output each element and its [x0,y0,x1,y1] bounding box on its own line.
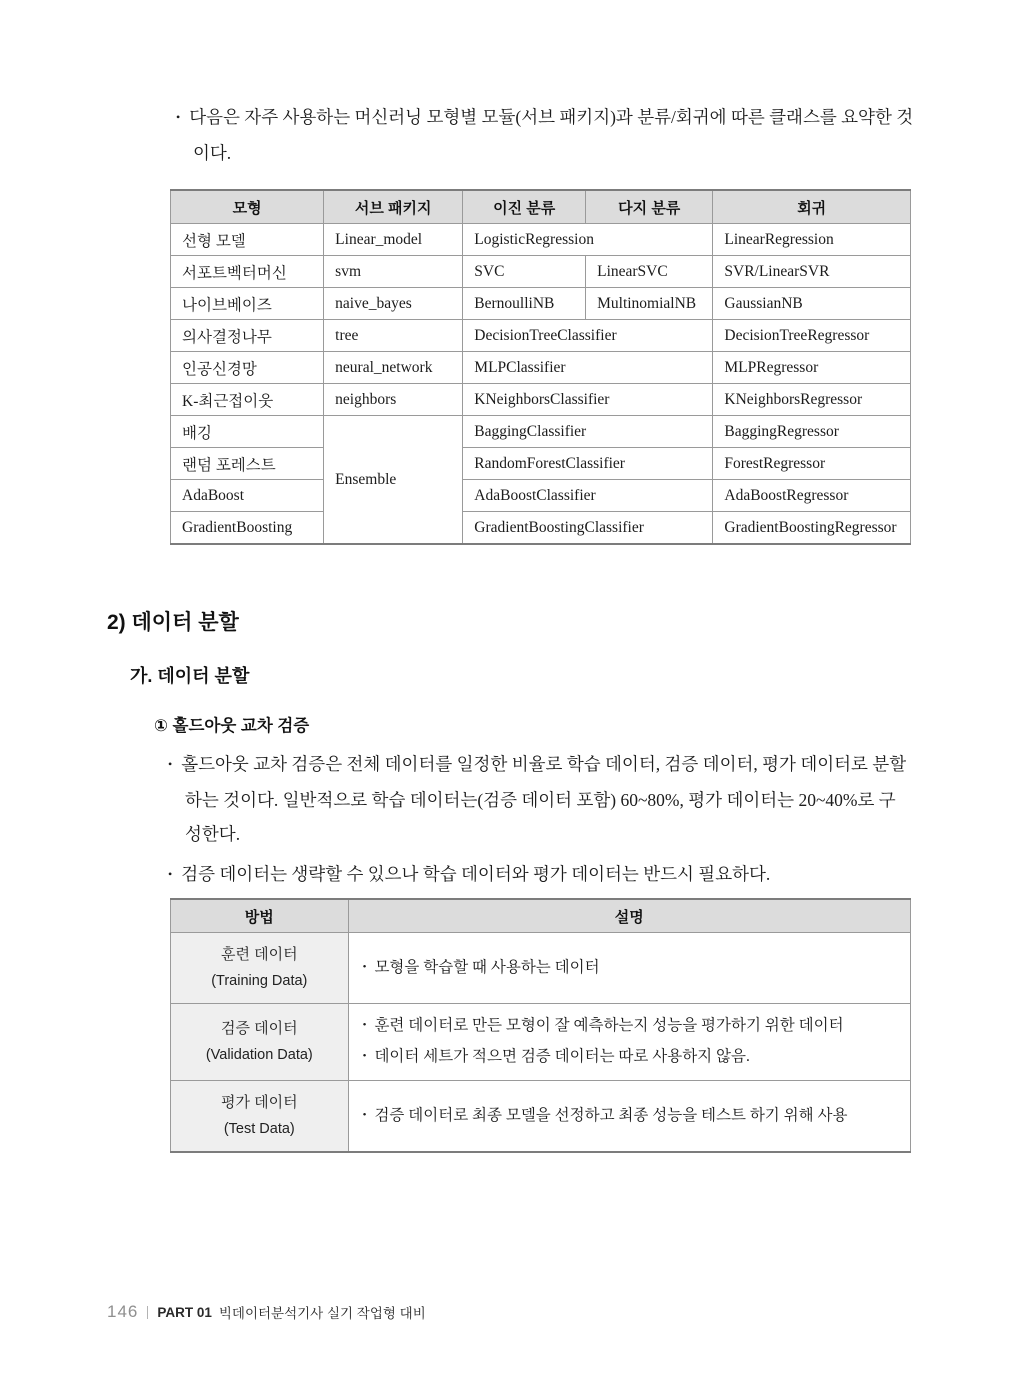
model-table-header-cell: 다지 분류 [586,190,713,224]
model-table-cell: neighbors [324,384,463,416]
description-line: 훈련 데이터로 만든 모형이 잘 예측하는지 성능을 평가하기 위한 데이터 [363,1011,896,1042]
model-table-cell: MLPRegressor [713,352,911,384]
method-cell: 평가 데이터(Test Data) [171,1081,349,1153]
page-number: 146 [107,1302,138,1322]
description-cell: 검증 데이터로 최종 모델을 선정하고 최종 성능을 테스트 하기 위해 사용 [348,1081,910,1153]
model-table-cell: 서포트벡터머신 [171,256,324,288]
model-table-cell: Linear_model [324,224,463,256]
split-table-header-cell: 방법 [171,899,349,933]
part-label: PART 01 [157,1305,212,1320]
model-table-row: 배깅EnsembleBaggingClassifierBaggingRegres… [171,416,911,448]
model-table-cell: naive_bayes [324,288,463,320]
split-table-row: 검증 데이터(Validation Data)훈련 데이터로 만든 모형이 잘 … [171,1004,911,1081]
split-table-container: 방법설명 훈련 데이터(Training Data)모형을 학습할 때 사용하는… [170,898,911,1153]
description-line: 검증 데이터로 최종 모델을 선정하고 최종 성능을 테스트 하기 위해 사용 [363,1101,896,1132]
model-table-cell: tree [324,320,463,352]
model-table-cell: ForestRegressor [713,448,911,480]
model-table-container: 모형서브 패키지이진 분류다지 분류회귀 선형 모델Linear_modelLo… [170,189,911,545]
model-table-row: 랜덤 포레스트RandomForestClassifierForestRegre… [171,448,911,480]
holdout-bullet-1: 홀드아웃 교차 검증은 전체 데이터를 일정한 비율로 학습 데이터, 검증 데… [168,747,910,851]
model-table-head: 모형서브 패키지이진 분류다지 분류회귀 [171,190,911,224]
method-cell: 훈련 데이터(Training Data) [171,933,349,1004]
model-table-cell: DecisionTreeRegressor [713,320,911,352]
split-table-header-row: 방법설명 [171,899,911,933]
model-table-cell: 의사결정나무 [171,320,324,352]
holdout-bullets: 홀드아웃 교차 검증은 전체 데이터를 일정한 비율로 학습 데이터, 검증 데… [168,747,910,893]
description-line: 데이터 세트가 적으면 검증 데이터는 따로 사용하지 않음. [363,1042,896,1073]
model-table-cell: LinearSVC [586,256,713,288]
model-table-header-cell: 이진 분류 [463,190,586,224]
section-heading: 2) 데이터 분할 [107,606,239,636]
item-heading: ① 홀드아웃 교차 검증 [154,712,309,736]
split-table-body: 훈련 데이터(Training Data)모형을 학습할 때 사용하는 데이터검… [171,933,911,1153]
model-table-cell: AdaBoostRegressor [713,480,911,512]
holdout-bullet-2: 검증 데이터는 생략할 수 있으나 학습 데이터와 평가 데이터는 반드시 필요… [168,857,910,893]
model-table-cell: Ensemble [324,416,463,545]
model-table-row: 서포트벡터머신svmSVCLinearSVCSVR/LinearSVR [171,256,911,288]
model-table-header-cell: 서브 패키지 [324,190,463,224]
method-name: 검증 데이터 [175,1016,344,1042]
model-table-cell: BaggingRegressor [713,416,911,448]
split-table-header-cell: 설명 [348,899,910,933]
model-table-cell: 선형 모델 [171,224,324,256]
model-table-cell: DecisionTreeClassifier [463,320,713,352]
model-table-cell: 인공신경망 [171,352,324,384]
model-table-row: 선형 모델Linear_modelLogisticRegressionLinea… [171,224,911,256]
model-table-cell: KNeighborsRegressor [713,384,911,416]
split-table-row: 평가 데이터(Test Data)검증 데이터로 최종 모델을 선정하고 최종 … [171,1081,911,1153]
model-table-cell: AdaBoost [171,480,324,512]
model-table-header-row: 모형서브 패키지이진 분류다지 분류회귀 [171,190,911,224]
model-table-body: 선형 모델Linear_modelLogisticRegressionLinea… [171,224,911,545]
method-cell: 검증 데이터(Validation Data) [171,1004,349,1081]
model-table-row: 의사결정나무treeDecisionTreeClassifierDecision… [171,320,911,352]
model-table-cell: 랜덤 포레스트 [171,448,324,480]
method-name: 평가 데이터 [175,1090,344,1116]
method-english: (Validation Data) [175,1042,344,1068]
split-table: 방법설명 훈련 데이터(Training Data)모형을 학습할 때 사용하는… [170,898,911,1153]
model-table-cell: LogisticRegression [463,224,713,256]
footer-divider [147,1306,148,1319]
model-table-cell: LinearRegression [713,224,911,256]
model-table-cell: SVR/LinearSVR [713,256,911,288]
model-table-cell: RandomForestClassifier [463,448,713,480]
model-table-cell: AdaBoostClassifier [463,480,713,512]
model-table-header-cell: 회귀 [713,190,911,224]
model-table-row: 나이브베이즈naive_bayesBernoulliNBMultinomialN… [171,288,911,320]
model-table-cell: GradientBoosting [171,512,324,545]
book-page: 다음은 자주 사용하는 머신러닝 모형별 모듈(서브 패키지)과 분류/회귀에 … [0,0,1023,1400]
split-table-row: 훈련 데이터(Training Data)모형을 학습할 때 사용하는 데이터 [171,933,911,1004]
model-table-cell: 나이브베이즈 [171,288,324,320]
model-table-cell: svm [324,256,463,288]
model-table-cell: K-최근접이웃 [171,384,324,416]
intro-bullet-paragraph: 다음은 자주 사용하는 머신러닝 모형별 모듈(서브 패키지)과 분류/회귀에 … [176,100,914,170]
subsection-heading: 가. 데이터 분할 [130,662,249,688]
model-table-row: 인공신경망neural_networkMLPClassifierMLPRegre… [171,352,911,384]
method-english: (Test Data) [175,1116,344,1142]
model-table-row: AdaBoostAdaBoostClassifierAdaBoostRegres… [171,480,911,512]
description-line: 모형을 학습할 때 사용하는 데이터 [363,953,896,984]
model-table-cell: MultinomialNB [586,288,713,320]
model-table-cell: MLPClassifier [463,352,713,384]
model-table-header-cell: 모형 [171,190,324,224]
model-table-cell: KNeighborsClassifier [463,384,713,416]
split-table-head: 방법설명 [171,899,911,933]
page-footer: 146 PART 01 빅데이터분석기사 실기 작업형 대비 [107,1302,426,1322]
intro-section: 다음은 자주 사용하는 머신러닝 모형별 모듈(서브 패키지)과 분류/회귀에 … [176,100,914,170]
model-table-cell: 배깅 [171,416,324,448]
model-table-cell: GradientBoostingClassifier [463,512,713,545]
description-cell: 모형을 학습할 때 사용하는 데이터 [348,933,910,1004]
model-table-cell: neural_network [324,352,463,384]
model-table: 모형서브 패키지이진 분류다지 분류회귀 선형 모델Linear_modelLo… [170,189,911,545]
model-table-cell: BernoulliNB [463,288,586,320]
part-title: 빅데이터분석기사 실기 작업형 대비 [219,1302,426,1322]
model-table-row: GradientBoostingGradientBoostingClassifi… [171,512,911,545]
model-table-cell: GradientBoostingRegressor [713,512,911,545]
model-table-cell: BaggingClassifier [463,416,713,448]
method-english: (Training Data) [175,968,344,994]
model-table-row: K-최근접이웃neighborsKNeighborsClassifierKNei… [171,384,911,416]
model-table-cell: SVC [463,256,586,288]
description-cell: 훈련 데이터로 만든 모형이 잘 예측하는지 성능을 평가하기 위한 데이터데이… [348,1004,910,1081]
method-name: 훈련 데이터 [175,942,344,968]
model-table-cell: GaussianNB [713,288,911,320]
